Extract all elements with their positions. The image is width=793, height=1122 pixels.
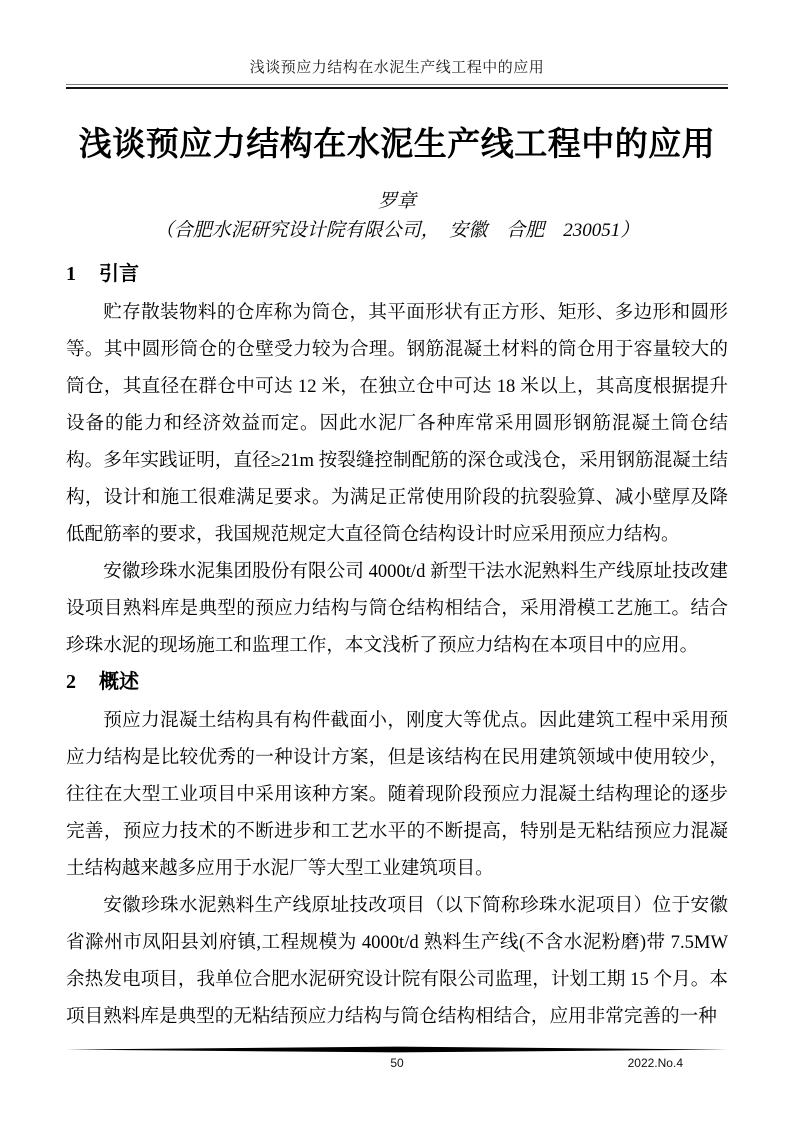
- paragraph: 贮存散装物料的仓库称为筒仓，其平面形状有正方形、矩形、多边形和圆形等。其中圆形筒…: [66, 294, 728, 553]
- section-number: 1: [66, 263, 76, 285]
- section-heading-overview: 2概述: [66, 671, 728, 694]
- article-title: 浅谈预应力结构在水泥生产线工程中的应用: [66, 123, 728, 165]
- document-page: 浅谈预应力结构在水泥生产线工程中的应用 浅谈预应力结构在水泥生产线工程中的应用 …: [0, 0, 793, 1122]
- paragraph: 安徽珍珠水泥熟料生产线原址技改项目（以下简称珍珠水泥项目）位于安徽省滁州市凤阳县…: [66, 887, 728, 1035]
- section-title: 引言: [99, 263, 139, 285]
- issue-number: 2022.No.4: [628, 1056, 683, 1070]
- author-name: 罗章: [66, 191, 728, 212]
- section-heading-introduction: 1引言: [66, 263, 728, 286]
- section-title: 概述: [99, 671, 139, 693]
- page-number: 50: [390, 1056, 403, 1070]
- running-head-title: 浅谈预应力结构在水泥生产线工程中的应用: [66, 58, 728, 78]
- section-number: 2: [66, 671, 76, 693]
- page-footer: 50 2022.No.4: [66, 1046, 728, 1070]
- footer-text-row: 50 2022.No.4: [66, 1056, 728, 1070]
- footer-tapered-rule: [66, 1046, 728, 1053]
- author-affiliation: （合肥水泥研究设计院有限公司， 安徽 合肥 230051）: [66, 219, 728, 242]
- header-rule: [66, 84, 728, 89]
- paragraph: 安徽珍珠水泥集团股份有限公司 4000t/d 新型干法水泥熟料生产线原址技改建设…: [66, 553, 728, 664]
- paragraph: 预应力混凝土结构具有构件截面小，刚度大等优点。因此建筑工程中采用预应力结构是比较…: [66, 702, 728, 887]
